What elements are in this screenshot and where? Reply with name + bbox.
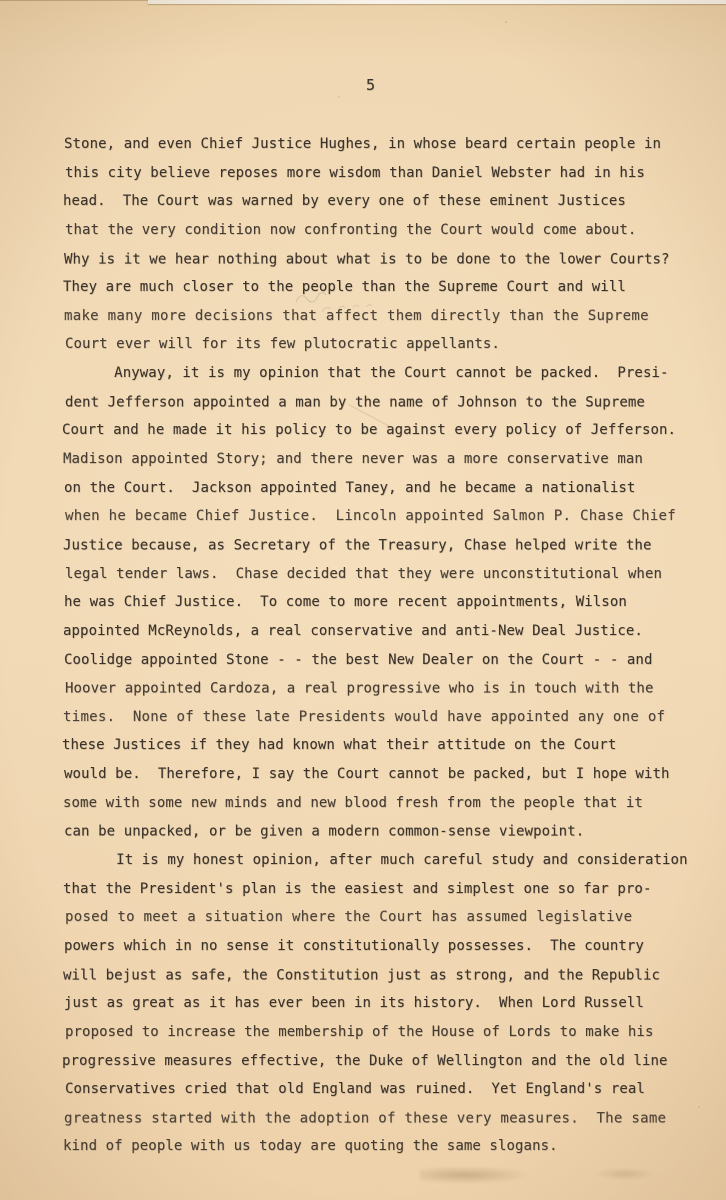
text-line: Why is it we hear nothing about what is … bbox=[64, 245, 704, 274]
text-line: when he became Chief Justice. Lincoln ap… bbox=[65, 502, 704, 531]
ink-transfer-smudge-small bbox=[595, 1168, 655, 1180]
text-line: that the very condition now confronting … bbox=[65, 216, 704, 245]
text-line: Madison appointed Story; and there never… bbox=[63, 445, 704, 474]
text-line: he was Chief Justice. To come to more re… bbox=[64, 588, 704, 617]
text-line: times. None of these late Presidents wou… bbox=[63, 703, 704, 732]
text-line: make many more decisions that affect the… bbox=[64, 302, 704, 331]
text-line: Stone, and even Chief Justice Hughes, in… bbox=[64, 130, 704, 159]
document-body-text: Stone, and even Chief Justice Hughes, in… bbox=[64, 130, 704, 1161]
text-line: Anyway, it is my opinion that the Court … bbox=[63, 359, 704, 388]
typewritten-document-page: 5 Stone, and even Chief Justice Hughes, … bbox=[0, 0, 726, 1200]
text-line: Conservatives cried that old England was… bbox=[65, 1075, 704, 1104]
page-number: 5 bbox=[366, 76, 376, 94]
text-line: just as great as it has ever been in its… bbox=[64, 989, 704, 1018]
text-line: kind of people with us today are quoting… bbox=[63, 1132, 704, 1161]
text-line: proposed to increase the membership of t… bbox=[65, 1018, 704, 1047]
text-line: some with some new minds and new blood f… bbox=[63, 789, 704, 818]
text-line: Court and he made it his policy to be ag… bbox=[62, 416, 704, 445]
text-line: would be. Therefore, I say the Court can… bbox=[64, 760, 704, 789]
text-line: greatness started with the adoption of t… bbox=[64, 1104, 704, 1133]
text-line: progressive measures effective, the Duke… bbox=[62, 1047, 704, 1076]
text-line: can be unpacked, or be given a modern co… bbox=[64, 818, 704, 847]
text-line: powers which in no sense it constitution… bbox=[64, 932, 704, 961]
text-line: Court ever will for its few plutocratic … bbox=[65, 330, 704, 359]
text-line: Justice because, as Secretary of the Tre… bbox=[63, 531, 704, 560]
ink-transfer-smudge bbox=[420, 1166, 530, 1184]
text-line: It is my honest opinion, after much care… bbox=[65, 846, 704, 875]
text-line: head. The Court was warned by every one … bbox=[63, 187, 704, 216]
text-line: posed to meet a situation where the Cour… bbox=[65, 903, 704, 932]
text-line: on the Court. Jackson appointed Taney, a… bbox=[64, 474, 704, 503]
text-line: Hoover appointed Cardoza, a real progres… bbox=[65, 675, 704, 704]
text-line: that the President's plan is the easiest… bbox=[63, 875, 704, 904]
text-line: dent Jefferson appointed a man by the na… bbox=[65, 388, 704, 417]
text-line: legal tender laws. Chase decided that th… bbox=[65, 560, 704, 589]
scan-top-edge bbox=[148, 0, 726, 4]
text-line: appointed McReynolds, a real conservativ… bbox=[63, 617, 704, 646]
text-line: these Justices if they had known what th… bbox=[62, 731, 704, 760]
text-line: will bejust as safe, the Constitution ju… bbox=[63, 961, 704, 990]
text-line: They are much closer to the people than … bbox=[63, 273, 704, 302]
text-line: Coolidge appointed Stone - - the best Ne… bbox=[64, 646, 704, 675]
text-line: this city believe reposes more wisdom th… bbox=[65, 159, 704, 188]
